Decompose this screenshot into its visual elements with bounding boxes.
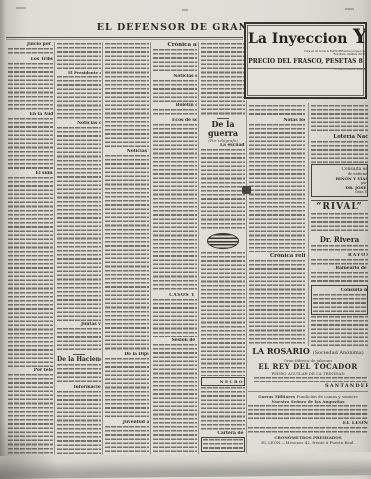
body-text	[57, 391, 101, 454]
consulta-ad-address: Gran Vía, 17	[313, 190, 368, 194]
body-text	[8, 63, 53, 111]
body-text	[57, 43, 101, 69]
body-text	[8, 48, 53, 56]
yer-brand-text: La Inyeccion	[248, 31, 347, 47]
small-boxed-ad	[201, 437, 245, 452]
rosario-ad-name: LA ROSARIO (Sociedad Anónima)	[248, 347, 368, 358]
balneario-text	[311, 272, 368, 283]
yer-ad-brand: La Inyeccion YER	[248, 25, 363, 50]
body-text	[57, 364, 101, 384]
section-divider	[73, 354, 85, 355]
ad-divider	[248, 391, 368, 392]
rosario-ad-text	[254, 377, 368, 382]
rayos-x-label: RAYOS X	[311, 253, 368, 258]
angustias-line: Nuestra Señora de las Angustias	[248, 399, 368, 404]
newspaper-page: EL DEFENSOR DE GRANADA La Inyeccion YER …	[0, 0, 371, 479]
section-heading-hacienda: De la Hacienda	[57, 356, 101, 363]
section-heading-cronica-religiosa: Crónica religiosa	[249, 253, 305, 259]
column-4: Crónica alegre Noticias sueltas Boletín …	[153, 42, 197, 455]
body-text	[57, 127, 101, 321]
rival-ad-name: “RIVAL”	[311, 202, 368, 212]
consulta-medica-text	[313, 294, 366, 312]
section-heading-juntas-varias: Juntas varias	[57, 322, 101, 327]
section-heading-sesion-anoche: Sesión de anoche	[153, 338, 197, 343]
body-text	[153, 299, 197, 337]
section-heading-informacion-oficial: Información oficial	[57, 385, 101, 390]
dr-rivera-text	[311, 259, 368, 265]
striped-ad-vignette	[207, 233, 239, 249]
section-heading-juventud-artistica: Juventud artística	[105, 420, 149, 425]
scan-mark	[16, 7, 26, 9]
section-heading-boletin-oficial: Boletín oficial	[153, 103, 197, 108]
column-1: Juicio por jurados Los Tribunales En la …	[8, 42, 53, 455]
rosario-ad-stack: LA ROSARIO (Sociedad Anónima) Gran fábri…	[248, 347, 368, 457]
body-text	[249, 124, 305, 252]
rey-del-tocador-line: EL REY DEL TOCADOR	[248, 363, 368, 371]
scan-mark	[345, 8, 354, 10]
column-rule	[102, 42, 103, 455]
body-text	[105, 155, 149, 351]
scan-mark	[182, 9, 188, 11]
rosario-ad-text	[248, 427, 368, 434]
section-heading-noticias-varias: Noticias varias	[105, 149, 149, 154]
rosario-ad-line: PEDRO AGUILAR DE LA TRINIDAD	[248, 371, 368, 376]
body-text	[8, 177, 53, 367]
dr-rivera-name: Dr. Rivera	[311, 235, 368, 244]
masthead-rule	[6, 39, 243, 40]
section-heading-cronica-alegre: Crónica alegre	[153, 42, 197, 48]
section-heading-loteria-nacional: Lotería Nacional	[311, 134, 368, 140]
section-heading-noticias-loja: Noticias de Loja	[57, 121, 101, 126]
body-text	[57, 76, 101, 120]
body-text	[153, 124, 197, 292]
body-text	[153, 109, 197, 117]
section-heading-notas-locales: Notas locales	[249, 118, 305, 123]
section-heading-diputacion: De la Diputación	[105, 352, 149, 357]
necrologia-box: NECROLOGÍA	[201, 377, 245, 386]
masthead-rule	[6, 37, 243, 38]
column-7: Lotería Nacional Consulta especial de en…	[311, 104, 368, 347]
el-leon-bold-line: EL LEÓN	[248, 421, 368, 426]
column-rule	[246, 100, 247, 455]
column-5: De la guerra (Por telégrafo) La escuadra…	[201, 42, 245, 455]
rosario-ad-text	[248, 405, 368, 420]
body-text	[153, 344, 197, 454]
necrologia-heading: NECROLOGÍA	[203, 379, 245, 384]
yer-ad-footnote: De venta en todas las farmacias y drogue…	[248, 68, 367, 72]
rival-ad-text	[311, 213, 368, 233]
body-text	[249, 260, 305, 346]
column-rule	[198, 42, 199, 455]
body-text	[105, 358, 149, 419]
consulta-medica-ad: Consulta médica	[311, 285, 368, 315]
body-text	[153, 80, 197, 102]
santander-line: SANTANDER	[248, 383, 368, 389]
section-heading-ecos-sociedad: Ecos de sociedad	[153, 118, 197, 123]
column-3: Noticias varias De la Diputación Juventu…	[105, 42, 149, 455]
section-heading-tribunales: Los Tribunales	[8, 57, 53, 62]
column-rule	[54, 42, 55, 455]
body-text	[311, 105, 368, 133]
page-corner-shadow	[0, 420, 60, 479]
section-heading-tribunal-case: Juicio por jurados	[8, 42, 53, 47]
column-rule	[150, 42, 151, 455]
column-rule	[308, 103, 309, 346]
body-text	[311, 141, 368, 163]
dr-rivera-text	[311, 245, 368, 252]
section-heading-casos-cosas: CASOS Y COSAS	[153, 293, 197, 298]
body-text	[8, 118, 53, 170]
body-text	[201, 387, 245, 430]
section-heading-por-telefono: Por teléfono	[8, 368, 53, 373]
body-text	[201, 43, 245, 116]
body-text	[153, 49, 197, 73]
body-text	[203, 439, 243, 450]
column-6: Notas locales Crónica religiosa	[249, 104, 305, 347]
body-text	[201, 149, 245, 230]
consulta-medica-heading: Consulta médica	[313, 288, 368, 293]
rosario-society-text: (Sociedad Anónima)	[313, 350, 364, 356]
yer-brand-name: YER	[353, 24, 367, 48]
section-heading-sumario: El sumario	[8, 171, 53, 176]
body-text	[311, 316, 368, 346]
column-2: El Presidente de la Audiencia Noticias d…	[57, 42, 101, 455]
section-heading-presidente-audiencia: El Presidente de la Audiencia	[57, 70, 101, 75]
body-text	[201, 252, 245, 376]
section-heading-cartera: Cartera de un Niño	[201, 431, 245, 436]
body-text	[105, 43, 149, 148]
rosario-name-text: LA ROSARIO	[252, 347, 310, 356]
dr-rivera-ad: Dr. Rivera RAYOS X	[311, 235, 368, 266]
rival-ad: “RIVAL”	[311, 200, 368, 233]
body-text	[57, 328, 101, 352]
yer-ad-price: PRECIO DEL FRASCO, PESETAS 8	[248, 58, 363, 66]
consulta-especial-ad: Consulta especial de enfermedades de RIÑ…	[311, 164, 368, 197]
section-heading-noticias-sueltas: Noticias sueltas	[153, 74, 197, 79]
war-section-headline: De la guerra	[201, 120, 245, 138]
body-text	[105, 426, 149, 454]
yer-ad-line: Resultado infalible del 99 por 100 de lo…	[248, 53, 367, 56]
el-leon-address-line: EL LEÓN.—Mesones 42, frente á Puerta Rea…	[248, 440, 368, 445]
section-heading-audiencia: En la Audiencia	[8, 112, 53, 117]
yer-injection-ad: La Inyeccion YER Cura en 36 horas la BLE…	[244, 22, 367, 99]
body-text	[249, 105, 305, 117]
balneario-ad: Balneario de Lanjarón	[311, 266, 368, 284]
balneario-heading: Balneario de Lanjarón	[311, 266, 368, 271]
war-subheadline: La escuadra rusa	[201, 143, 245, 148]
